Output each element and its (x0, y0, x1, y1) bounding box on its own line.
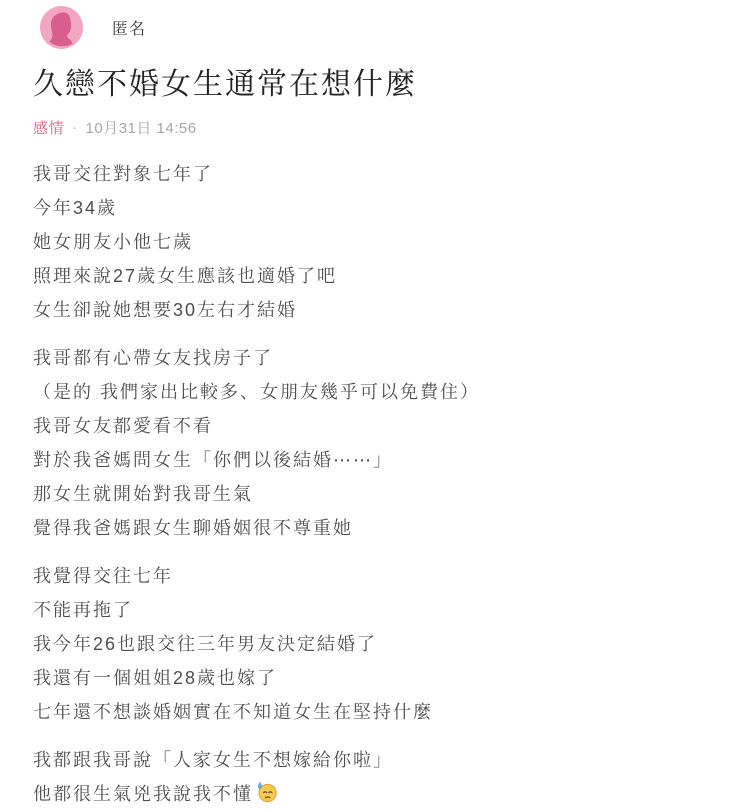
post-line: 我今年26也跟交往三年男友決定結婚了 (33, 627, 719, 661)
post-line: 她女朋友小他七歲 (33, 225, 719, 259)
category-link[interactable]: 感情 (33, 117, 64, 138)
author-name: 匿名 (112, 16, 146, 39)
post-line: 對於我爸媽問女生「你們以後結婚⋯⋯」 (33, 443, 719, 477)
post-line: 女生卻說她想要30左右才結婚 (33, 293, 719, 327)
post-meta: 感情 · 10月31日 14:56 (33, 117, 719, 138)
post-line: 他都很生氣兇我說我不懂 (33, 777, 719, 809)
post-timestamp: 10月31日 14:56 (86, 117, 197, 138)
meta-separator: · (72, 119, 78, 136)
post-line: 我哥交往對象七年了 (33, 157, 719, 191)
post-line: 我還有一個姐姐28歲也嫁了 (33, 661, 719, 695)
post-line: 我哥女友都愛看不看 (33, 409, 719, 443)
downcast-face-with-sweat-icon (255, 780, 279, 804)
post-line: （是的 我們家出比較多、女朋友幾乎可以免費住） (33, 375, 719, 409)
post-paragraph: 我哥交往對象七年了 今年34歲 她女朋友小他七歲 照理來說27歲女生應該也適婚了… (33, 157, 719, 327)
post-line: 我都跟我哥說「人家女生不想嫁給你啦」 (33, 743, 719, 777)
post-line: 那女生就開始對我哥生氣 (33, 477, 719, 511)
post-body: 我哥交往對象七年了 今年34歲 她女朋友小他七歲 照理來說27歲女生應該也適婚了… (33, 157, 719, 809)
post-paragraph: 我覺得交往七年 不能再拖了 我今年26也跟交往三年男友決定結婚了 我還有一個姐姐… (33, 559, 719, 729)
post-line: 照理來說27歲女生應該也適婚了吧 (33, 259, 719, 293)
post-line: 覺得我爸媽跟女生聊婚姻很不尊重她 (33, 511, 719, 545)
anonymous-avatar-icon (39, 5, 84, 50)
post-line-text: 他都很生氣兇我說我不懂 (33, 784, 253, 804)
post-paragraph: 我都跟我哥說「人家女生不想嫁給你啦」 他都很生氣兇我說我不懂 (33, 743, 719, 809)
post-line: 我哥都有心帶女友找房子了 (33, 341, 719, 375)
post-header: 匿名 (33, 4, 719, 50)
post-title: 久戀不婚女生通常在想什麼 (33, 66, 719, 104)
post-line: 我覺得交往七年 (33, 559, 719, 593)
post-paragraph: 我哥都有心帶女友找房子了 （是的 我們家出比較多、女朋友幾乎可以免費住） 我哥女… (33, 341, 719, 545)
post-page: 匿名 久戀不婚女生通常在想什麼 感情 · 10月31日 14:56 我哥交往對象… (0, 0, 747, 809)
post-line: 今年34歲 (33, 191, 719, 225)
post-line: 不能再拖了 (33, 593, 719, 627)
post-line: 七年還不想談婚姻實在不知道女生在堅持什麼 (33, 695, 719, 729)
